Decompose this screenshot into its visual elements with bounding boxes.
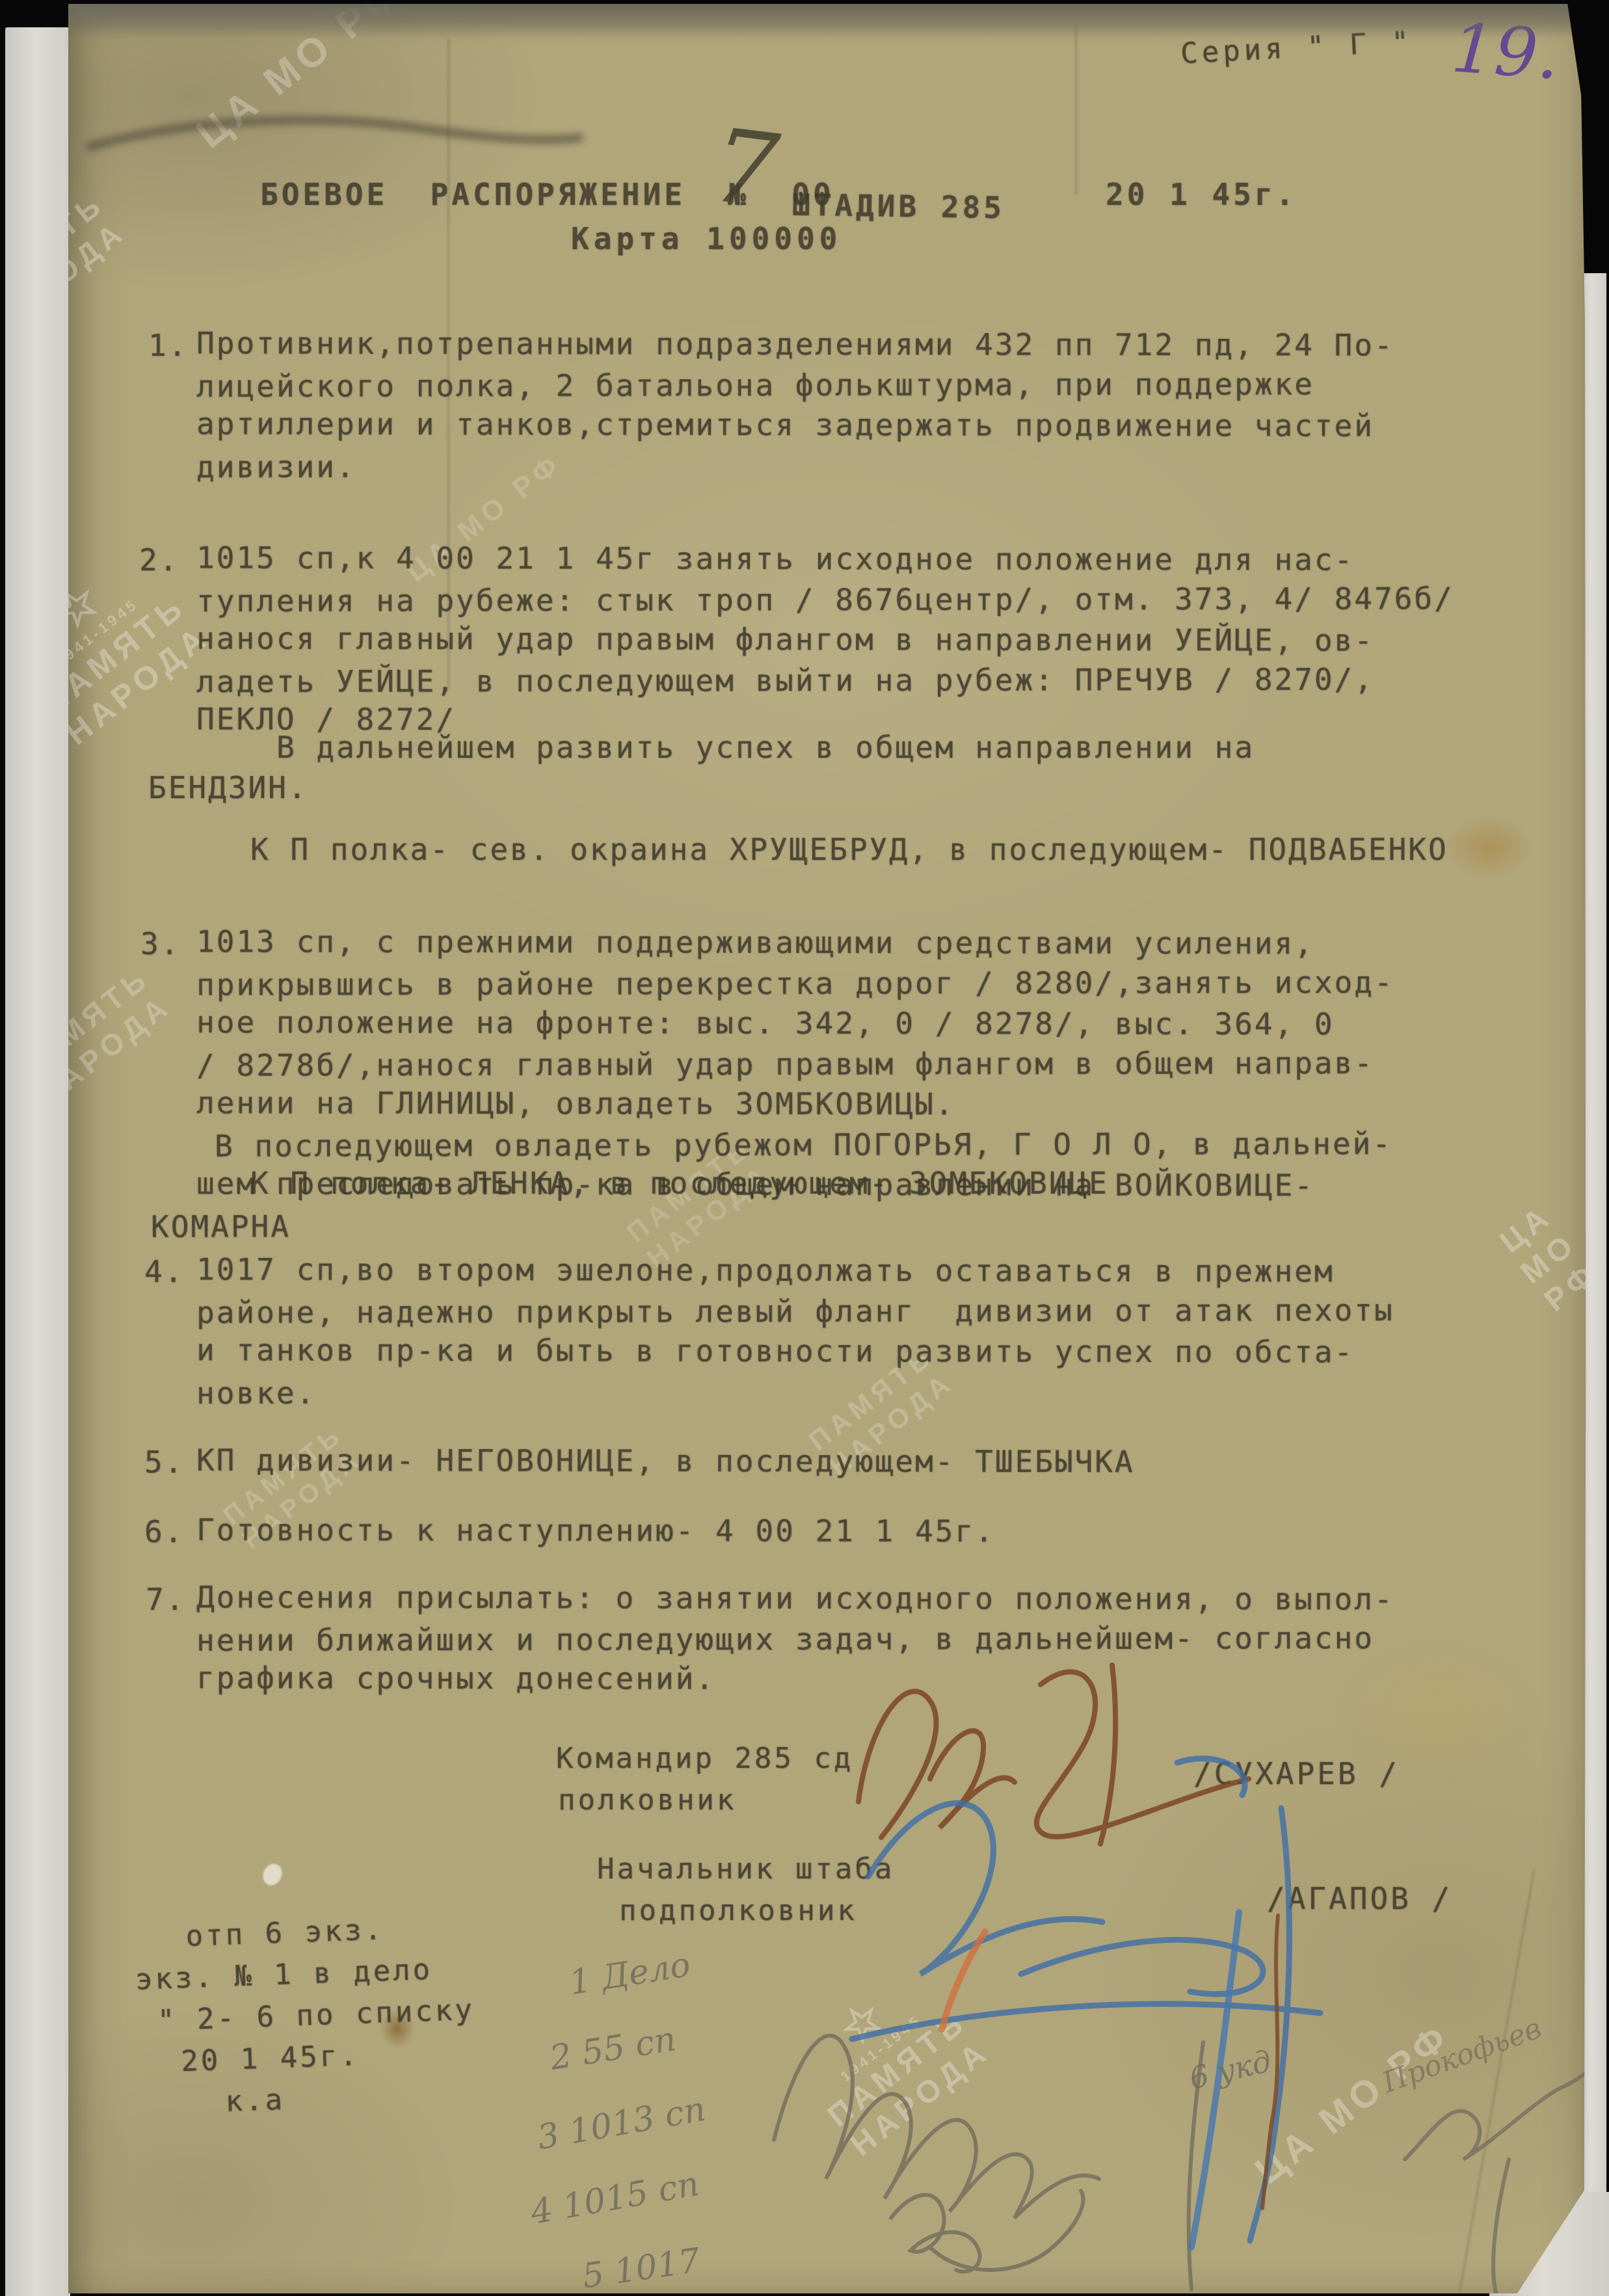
distribution-item-5: 5 1017 (580, 2241, 703, 2293)
typed-line: 1013 сп, с прежними поддерживающими сред… (196, 921, 1394, 963)
typed-line: Донесения присылать: о занятии исходного… (196, 1577, 1394, 1619)
watermark-archive-edge: ЦА МО РФ (1468, 1178, 1593, 1339)
order-paragraph-2: 2. 1015 сп,к 4 00 21 1 45г занять исходн… (196, 539, 1454, 740)
order-paragraph-4: 4. 1017 сп,во втором эшелоне,продолжать … (196, 1250, 1394, 1411)
typed-line: 1017 сп,во втором эшелоне,продолжать ост… (196, 1249, 1394, 1291)
watermark-memory: ПАМЯТЬНАРОДА (68, 960, 178, 1114)
typed-line: районе, надежно прикрыть левый фланг див… (196, 1290, 1394, 1333)
paragraph-number: 3. (140, 924, 180, 964)
paragraph-number: 6. (144, 1512, 184, 1552)
typed-line: дивизии. (196, 444, 1394, 487)
graphite-smudge (85, 91, 592, 176)
distribution-item-2: 2 55 сп (548, 2020, 679, 2078)
order-title-date: 20 1 45г. (1106, 177, 1297, 212)
paragraph-number: 4. (144, 1251, 184, 1292)
watermark-memory: ПАМЯТЬНАРОДА (68, 186, 133, 340)
typed-line: КОМАРНА (151, 1204, 1349, 1247)
paragraph-number: 2. (139, 540, 179, 580)
typed-line: прикрывшись в районе перекрестка дорог /… (196, 962, 1394, 1005)
paragraph-number: 1. (148, 325, 188, 366)
chief-of-staff-rank: подполковник (619, 1894, 857, 1927)
paper-stain (1447, 816, 1532, 878)
paper-tear-spot (259, 1861, 286, 1889)
document-layer: ЦА МО РФ ПАМЯТЬНАРОДА ☆1941-1945ПАМЯТЬНА… (68, 4, 1593, 2293)
typed-line: Противник,потрепанными подразделениями 4… (196, 323, 1394, 365)
typed-line: 1015 сп,к 4 00 21 1 45г занять исходное … (196, 537, 1454, 580)
order-title-unit: ШТАДИВ 285 (792, 187, 1005, 226)
regiment-cp-line-2: К П полка- ЛЕНКА, в последующем- ЗОМБКОВ… (250, 1163, 1109, 1203)
order-paragraph-1: 1. Противник,потрепанными подразделениям… (196, 324, 1394, 485)
map-scale-line: Карта 100000 (571, 221, 842, 256)
distribution-item-3: 3 1013 сп (535, 2090, 709, 2157)
typed-line: ладеть УЕЙЦЕ, в последующем выйти на руб… (196, 659, 1454, 702)
copies-count-line: отп 6 экз. (185, 1905, 504, 1958)
follow-up-direction-line: В дальнейшем развить успех в общем напра… (276, 727, 1255, 768)
paragraph-number: 7. (146, 1579, 185, 1620)
page-top-fold-shadow (68, 4, 1593, 39)
copies-block: отп 6 экз. экз. № 1 в дело " 2- 6 по спи… (133, 1907, 458, 2126)
typed-line: тупления на рубеже: стык троп / 8676цент… (196, 578, 1454, 621)
typed-line: лении на ГЛИНИЦЫ, овладеть ЗОМБКОВИЦЫ. (196, 1082, 1394, 1125)
paper-crease-vertical (1075, 26, 1077, 195)
order-paragraph-6: 6. Готовность к наступлению- 4 00 21 1 4… (196, 1510, 995, 1551)
commander-title: Командир 285 сд (556, 1742, 853, 1775)
handwritten-order-number: 7 (706, 106, 784, 232)
scan-background: ЦА МО РФ ПАМЯТЬНАРОДА ☆1941-1945ПАМЯТЬНА… (0, 0, 1609, 2296)
typed-line: новке. (196, 1370, 1394, 1413)
typed-line: / 8278б/,нанося главный удар правым флан… (196, 1043, 1394, 1086)
typed-line: В последующем овладеть рубежом ПОГОРЬЯ, … (215, 1123, 1413, 1166)
underlying-page-left-edge (5, 27, 70, 2296)
order-paragraph-5: 5. КП дивизии- НЕГОВОНИЦЕ, в последующем… (196, 1441, 1135, 1481)
typed-line: КП дивизии- НЕГОВОНИЦЕ, в последующем- Т… (196, 1440, 1135, 1482)
document-page: ЦА МО РФ ПАМЯТЬНАРОДА ☆1941-1945ПАМЯТЬНА… (68, 4, 1593, 2293)
typed-line: и танков пр-ка и быть в готовности разви… (196, 1329, 1394, 1372)
paragraph-number: 5. (144, 1442, 184, 1482)
typed-line: артиллерии и танков,стремиться задержать… (196, 403, 1394, 446)
distribution-item-4: 4 1015 сп (528, 2165, 702, 2232)
typed-line: нанося главный удар правым флангом в нап… (196, 618, 1454, 660)
typed-line: ное положение на фронте: выс. 342, 0 / 8… (196, 1002, 1394, 1044)
follow-up-direction-target: БЕНДЗИН. (148, 768, 308, 808)
typed-line: Готовность к наступлению- 4 00 21 1 45г. (196, 1510, 995, 1551)
typed-line: лицейского полка, 2 батальона фолькштурм… (196, 364, 1394, 407)
commander-rank: полковник (558, 1783, 736, 1817)
regiment-cp-line-1: К П полка- сев. окраина ХРУЩЕБРУД, в пос… (250, 829, 1448, 870)
distribution-item-1: 1 Дело (566, 1945, 693, 2003)
